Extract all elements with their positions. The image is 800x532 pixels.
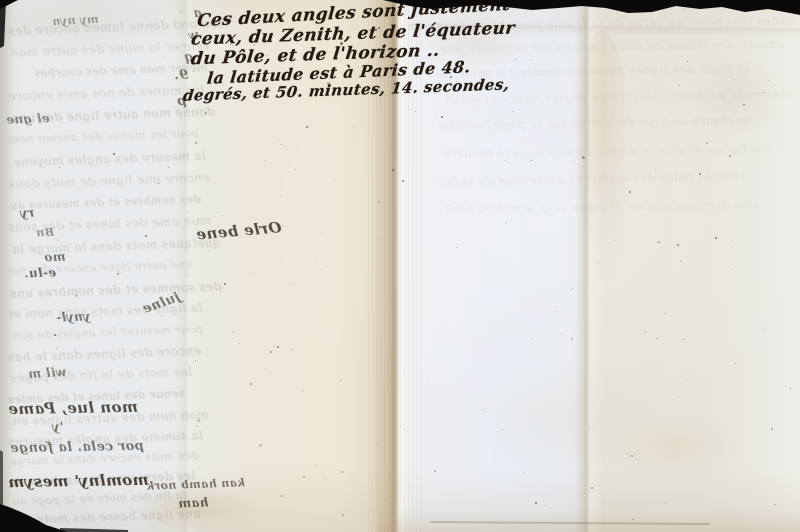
right-fold-crease: [576, 0, 604, 532]
speck: [556, 311, 557, 312]
speck: [512, 111, 513, 112]
speck: [530, 60, 531, 61]
speck: [763, 92, 764, 93]
speck: [306, 126, 308, 128]
speck: [56, 348, 57, 349]
speck: [531, 160, 532, 161]
left-edge-shadow: [0, 0, 14, 532]
speck: [743, 104, 745, 106]
speck: [273, 346, 274, 347]
speck: [314, 297, 315, 298]
speck: [59, 167, 60, 168]
speck: [574, 162, 575, 163]
speck: [562, 333, 563, 334]
speck: [150, 265, 151, 266]
speck: [250, 383, 252, 385]
speck: [768, 80, 769, 81]
speck: [316, 256, 317, 257]
speck: [75, 294, 78, 297]
speck: [277, 139, 278, 140]
speck: [291, 349, 292, 350]
speck: [523, 473, 524, 474]
ink-bleed-mark: wil m: [28, 365, 67, 381]
speck: [325, 477, 326, 478]
speck: [678, 85, 679, 86]
ghost-line: encore des lignes dans le bas: [8, 344, 202, 365]
speck: [645, 331, 646, 332]
speck: [254, 44, 255, 45]
ghost-line: encore des traces de mots anciens sur le…: [440, 37, 784, 57]
handwriting-line: Ces deux angles sont justement: [196, 0, 511, 31]
speck: [571, 338, 573, 340]
speck: [775, 504, 776, 505]
ink-bleed-mark: por cela. la fonge: [10, 439, 144, 456]
speck: [504, 160, 505, 161]
ink-bleed-mark: ynyl-: [56, 309, 91, 324]
speck: [731, 240, 732, 241]
speck: [303, 476, 305, 478]
speck: [664, 313, 665, 314]
speck: [280, 144, 281, 145]
speck: [303, 390, 304, 391]
speck: [113, 153, 115, 155]
speck: [729, 155, 731, 157]
speck: [213, 74, 214, 75]
speck: [549, 215, 550, 216]
speck: [223, 85, 224, 86]
speck: [771, 428, 773, 430]
speck: [462, 74, 463, 75]
speck: [428, 380, 429, 381]
manuscript-photo: mon and donne lumen ancore desvenner la …: [0, 0, 800, 532]
speck: [733, 79, 734, 80]
speck: [57, 239, 59, 241]
speck: [763, 330, 764, 331]
speck: [160, 350, 161, 351]
speck: [266, 368, 267, 369]
speck: [681, 6, 682, 7]
ink-bleed-mark: ry: [20, 206, 35, 221]
speck: [253, 273, 254, 274]
speck: [683, 339, 684, 340]
speck: [164, 57, 165, 58]
ink-bleed-mark: mon lue, Pame: [8, 398, 138, 418]
ghost-line: des lignes tres pales au verso de la feu…: [436, 13, 800, 34]
speck: [340, 380, 341, 381]
ink-bleed-mark: Orle bene: [195, 218, 282, 243]
speck: [342, 514, 344, 516]
speck: [699, 173, 701, 175]
ink-bleed-mark: momlny' mesym: [8, 471, 149, 491]
speck: [572, 288, 573, 289]
ghost-line: pour les munes des ancien nom: [8, 127, 199, 147]
speck: [281, 495, 283, 497]
ink-bleed-mark: mo: [44, 250, 66, 265]
speck: [292, 284, 293, 285]
ghost-line: les lignes du dos se voient un peu dans …: [442, 141, 770, 161]
speck: [205, 112, 207, 114]
speck: [158, 183, 159, 184]
speck: [334, 32, 335, 33]
speck: [453, 202, 454, 203]
ghost-line: la ligne des mots sans nom et: [8, 301, 203, 322]
speck: [680, 261, 681, 262]
speck: [230, 44, 231, 45]
ghost-line: une autre ligne encore des mo: [8, 258, 193, 277]
speck: [112, 460, 113, 461]
speck: [341, 471, 343, 473]
speck: [437, 33, 438, 34]
speck: [500, 179, 501, 180]
speck: [326, 266, 327, 267]
speck: [658, 241, 660, 243]
speck: [657, 242, 658, 243]
speck: [285, 36, 286, 37]
speck: [79, 436, 80, 437]
speck: [263, 23, 264, 24]
speck: [117, 227, 118, 228]
speck: [631, 455, 633, 457]
speck: [168, 167, 169, 168]
stain-right-upper: [688, 52, 784, 138]
speck: [350, 37, 351, 38]
speck: [327, 82, 330, 85]
handwriting-line: ceux, du Zenith, et de l'équateur: [190, 18, 516, 49]
speck: [233, 332, 234, 333]
ghost-line: des mots passes au travers du papier min…: [444, 87, 789, 107]
speck: [434, 470, 436, 472]
ghost-line: les dernieres lignes du texte: [8, 469, 196, 490]
ghost-line: les munes de nos amis encore: [8, 83, 205, 104]
speck: [340, 42, 343, 45]
speck: [614, 240, 615, 241]
speck: [531, 338, 532, 339]
speck: [500, 23, 501, 24]
ghost-line: une ligne basse des mots fins: [8, 507, 202, 528]
speck: [677, 244, 679, 246]
center-fold-crease: [368, 0, 422, 532]
speck: [239, 343, 240, 344]
ghost-line: les mots de la fin des pages: [10, 365, 192, 385]
speck: [790, 388, 791, 389]
speck: [706, 142, 708, 144]
bottom-left-edge-sliver: [60, 528, 128, 532]
ghost-line: la somme des angles mesures: [8, 429, 203, 450]
speck: [279, 20, 280, 21]
speck: [334, 179, 335, 180]
speck: [145, 235, 147, 237]
speck: [506, 222, 507, 223]
speck: [626, 12, 627, 13]
speck: [509, 426, 510, 427]
stain-top-center: [414, 8, 534, 74]
speck: [683, 9, 684, 10]
speck: [295, 169, 296, 170]
speck: [441, 116, 443, 118]
speck: [224, 283, 226, 285]
speck: [629, 191, 631, 193]
speck: [259, 444, 262, 447]
bottom-edge-dark-line: [430, 521, 710, 525]
ink-bleed-mark: e-lu.: [24, 265, 57, 280]
speck: [156, 305, 157, 306]
speck: [267, 55, 268, 56]
speck: [679, 396, 680, 397]
speck: [167, 221, 168, 222]
speck: [277, 346, 279, 348]
speck: [154, 306, 155, 307]
speck: [316, 464, 317, 465]
speck: [222, 215, 223, 216]
left-fold-crease: [176, 0, 198, 532]
ghost-line: des nombres et des mesures au: [10, 193, 201, 213]
speck: [732, 269, 733, 270]
speck: [545, 505, 546, 506]
speck: [502, 429, 503, 430]
speck: [513, 6, 514, 7]
speck: [340, 60, 341, 61]
speck: [450, 76, 452, 78]
speck: [498, 130, 499, 131]
ghost-line: des mots encore dans la marge: [10, 449, 199, 469]
ghost-line: la fin des mots de la page au: [12, 489, 187, 508]
speck: [117, 273, 119, 275]
speck: [282, 225, 283, 226]
speck: [270, 351, 272, 353]
speck: [281, 195, 282, 196]
speck: [715, 237, 717, 239]
speck: [60, 72, 61, 73]
handwriting-line: la latitude est à Paris de 48.: [206, 57, 471, 88]
stain-right-lower: [604, 408, 749, 486]
speck: [665, 502, 666, 503]
speck: [515, 59, 516, 60]
speck: [535, 502, 537, 504]
speck: [54, 334, 56, 336]
speck: [685, 379, 686, 380]
ink-bleed-mark: my nyn: [52, 13, 99, 28]
handwriting-line: degrés, et 50. minutes, 14. secondes,: [182, 75, 510, 104]
speck: [735, 363, 736, 364]
speck: [687, 61, 688, 62]
speck: [656, 338, 657, 339]
speck: [436, 114, 437, 115]
ghost-line: pour mesurer les angles du son: [12, 323, 203, 343]
stain-top-left-warm: [0, 0, 190, 64]
ink-bleed-mark: Bn: [36, 226, 55, 240]
speck: [655, 169, 656, 170]
speck: [460, 64, 462, 66]
speck: [171, 243, 172, 244]
ink-bleed-mark: 'y: [52, 420, 64, 434]
speck: [482, 409, 483, 410]
speck: [456, 247, 457, 248]
speck: [322, 233, 323, 234]
speck: [434, 93, 435, 94]
stain-mid-right-soft: [470, 358, 675, 478]
speck: [354, 125, 355, 126]
speck: [265, 160, 266, 161]
speck: [198, 219, 199, 220]
ghost-line: venue des lunes et des amies: [8, 387, 185, 406]
speck: [632, 519, 633, 520]
speck: [161, 315, 162, 316]
